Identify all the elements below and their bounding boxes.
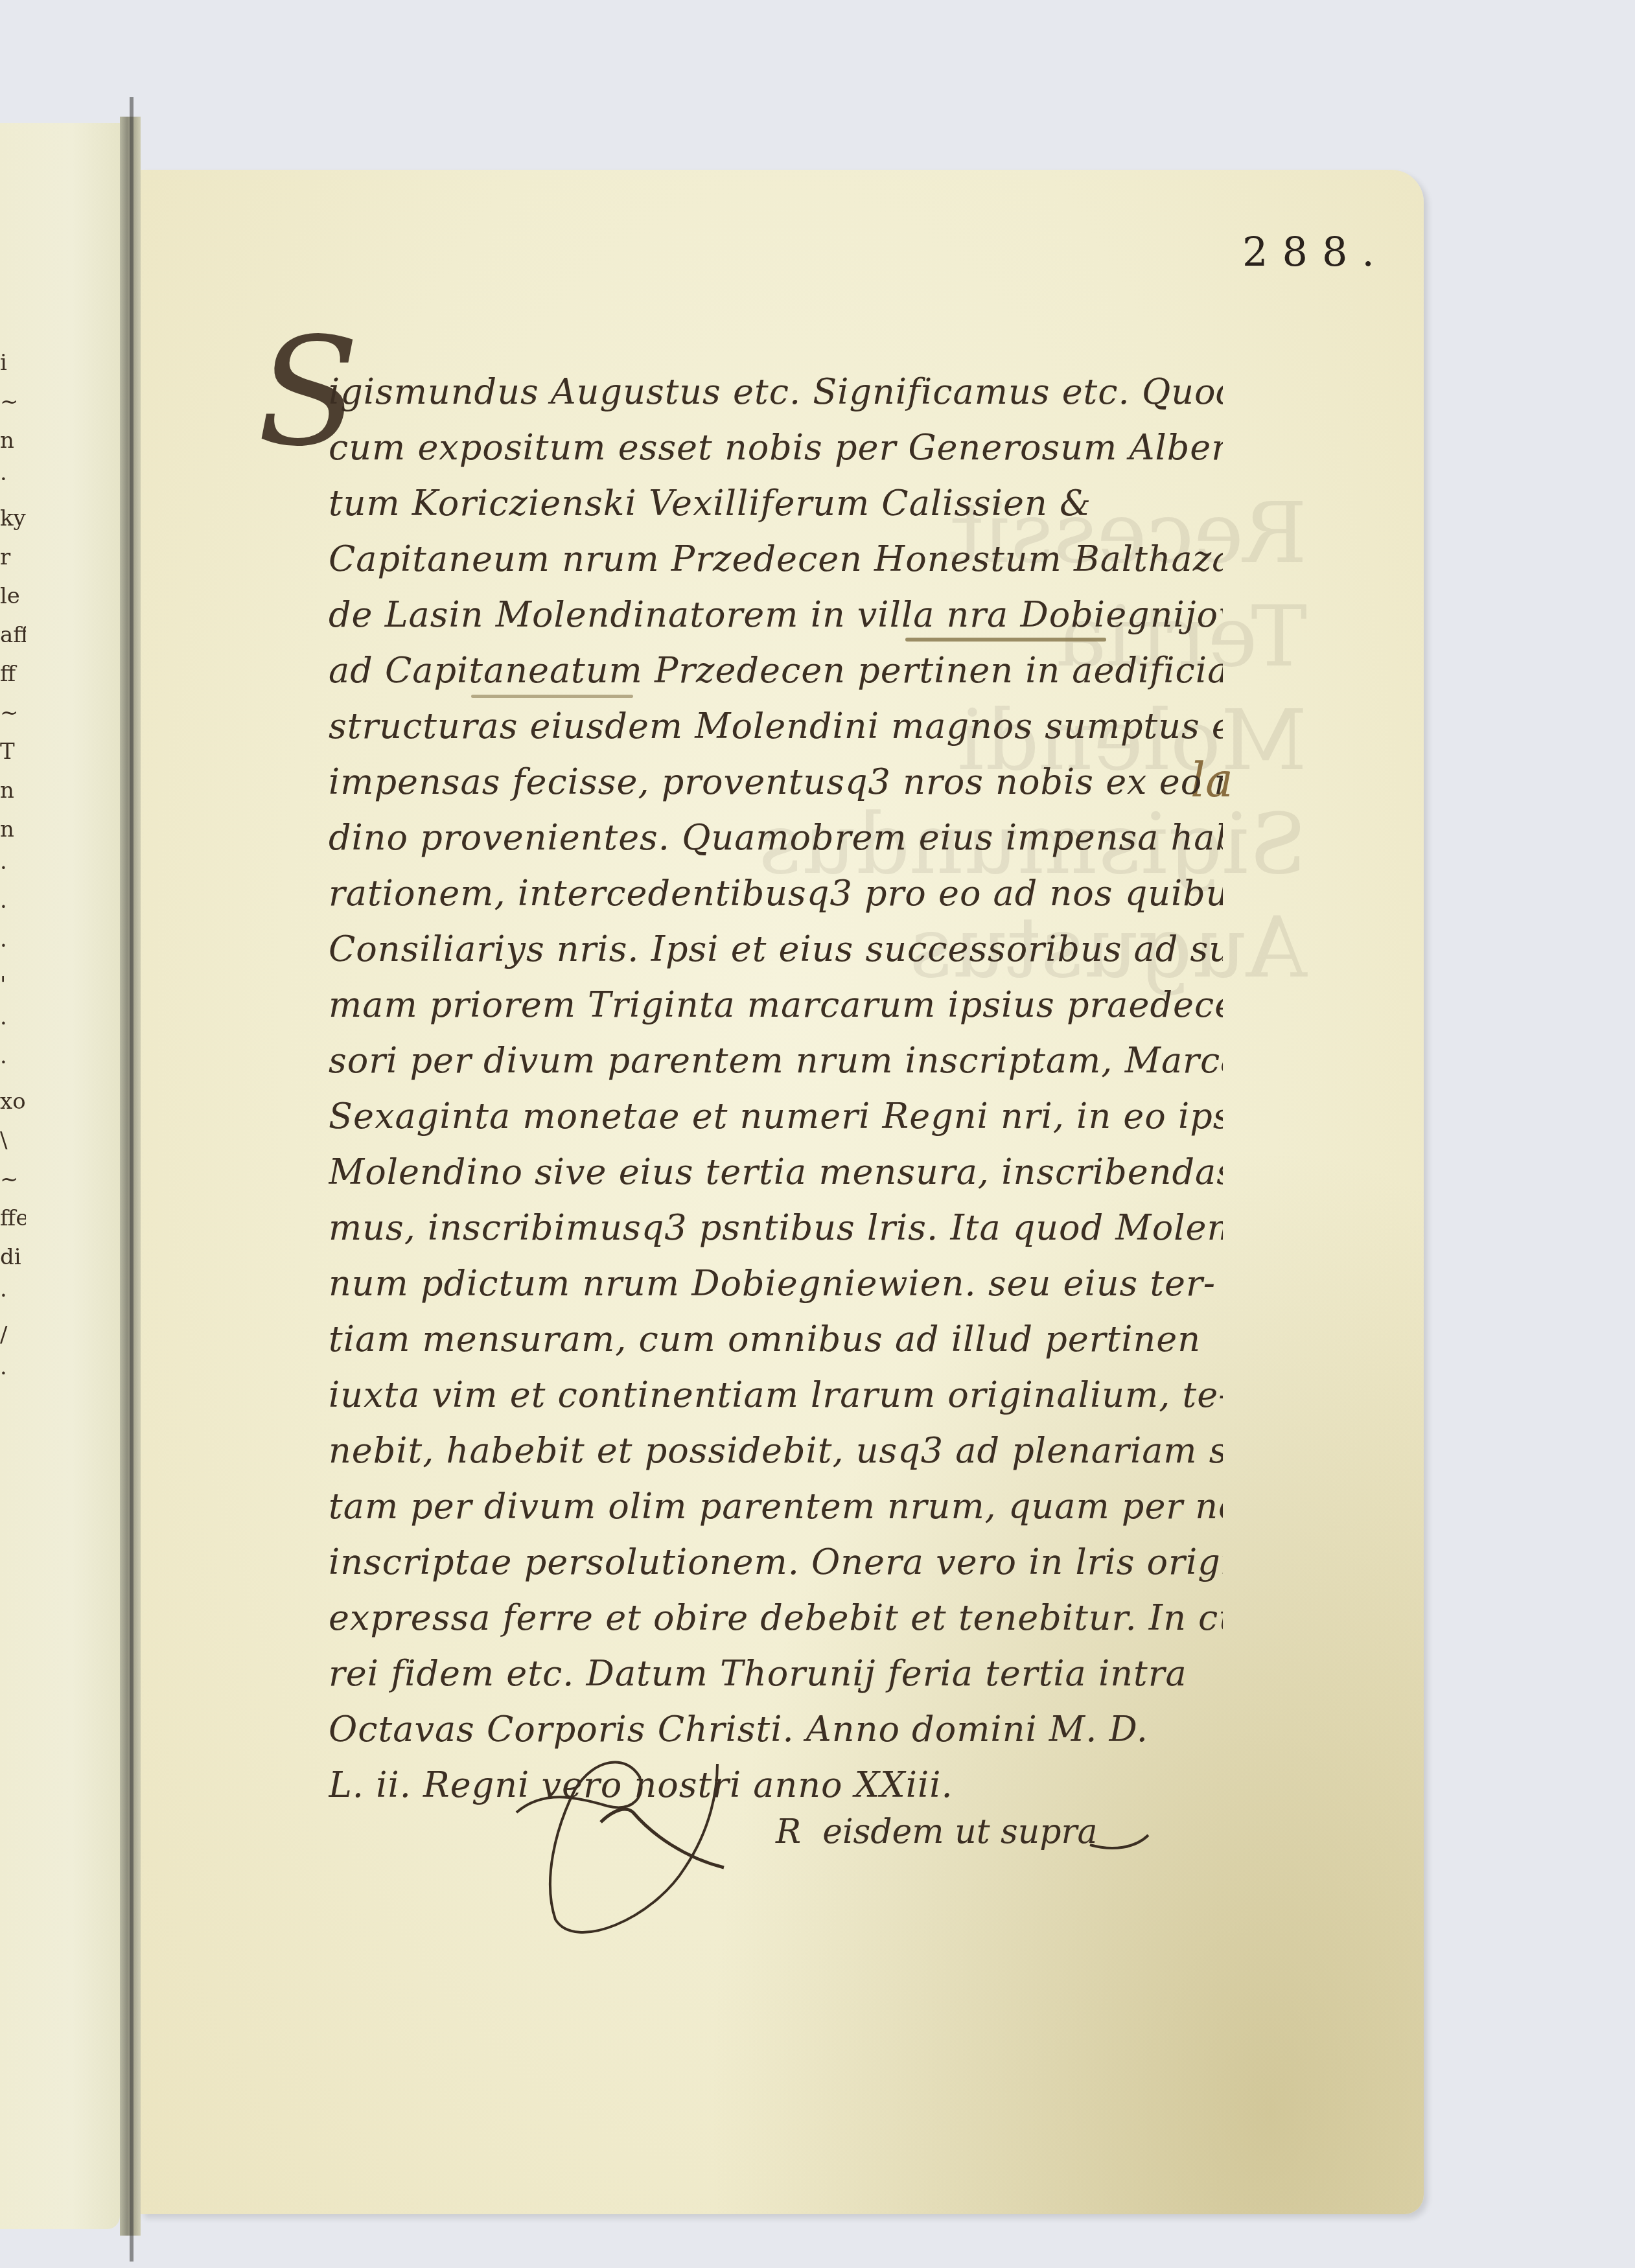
fragment: ffe	[0, 1199, 26, 1238]
closing-note: R eisdem ut supra	[776, 1812, 1097, 1851]
fragment: T	[0, 732, 26, 771]
binding-spine-line	[130, 97, 133, 2262]
registrar-signature: R eisdem ut supra	[504, 1751, 1152, 1945]
text-line: igismundus Augustus etc. Significamus et…	[329, 364, 1223, 420]
text-line: structuras eiusdem Molendini magnos sump…	[329, 699, 1223, 754]
text-line: tam per divum olim parentem nrum, quam p…	[329, 1479, 1223, 1534]
signature-mark: R	[776, 1812, 801, 1851]
text-line: Consiliariys nris. Ipsi et eius successo…	[329, 921, 1223, 977]
fragment: aff	[0, 616, 26, 654]
fragment: ky	[0, 499, 26, 538]
fragment: n	[0, 421, 26, 460]
text-line: cum expositum esset nobis per Generosum …	[329, 420, 1223, 476]
fragment: ·	[0, 888, 26, 927]
text-line: nebit, habebit et possidebit, usq3 ad pl…	[329, 1423, 1223, 1479]
left-facing-page: i ~ n · ky r le aff ff ~ T n n · · · ' ·…	[0, 123, 120, 2229]
fragment: ~	[0, 693, 26, 732]
manuscript-text: igismundus Augustus etc. Significamus et…	[329, 364, 1223, 1813]
text-line: mus, inscribimusq3 psntibus lris. Ita qu…	[329, 1200, 1223, 1256]
fragment: '	[0, 966, 26, 1004]
fragment: ~	[0, 382, 26, 421]
text-line: Sexaginta monetae et numeri Regni nri, i…	[329, 1089, 1223, 1144]
folio-number: 288.	[1242, 228, 1389, 275]
fragment: /	[0, 1315, 26, 1354]
text-line: sori per divum parentem nrum inscriptam,…	[329, 1033, 1223, 1089]
text-line: dino provenientes. Quamobrem eius impens…	[329, 810, 1223, 866]
fragment: ·	[0, 1277, 26, 1315]
text-line: impensas fecisse, proventusq3 nros nobis…	[329, 754, 1223, 810]
fragment: ·	[0, 1043, 26, 1082]
fragment: ·	[0, 460, 26, 499]
fragment: ·	[0, 1354, 26, 1393]
left-page-text-fragments: i ~ n · ky r le aff ff ~ T n n · · · ' ·…	[0, 343, 26, 1393]
fragment: le	[0, 577, 26, 616]
manuscript-folio: RecessitTertia MolendiSigismundusAugustu…	[141, 170, 1424, 2214]
fragment: \	[0, 1121, 26, 1160]
text-line: ad Capitaneatum Przedecen pertinen in ae…	[329, 643, 1223, 699]
fragment: ·	[0, 1004, 26, 1043]
fragment: ·	[0, 849, 26, 888]
text-line: num pdictum nrum Dobiegniewien. seu eius…	[329, 1256, 1223, 1312]
fragment: ~	[0, 1160, 26, 1199]
fragment: ff	[0, 654, 26, 693]
fragment: ·	[0, 927, 26, 966]
text-line: mam priorem Triginta marcarum ipsius pra…	[329, 977, 1223, 1033]
fragment: di	[0, 1238, 26, 1277]
text-line: Octavas Corporis Christi. Anno domini M.…	[329, 1702, 1223, 1757]
fragment: i	[0, 343, 26, 382]
text-line: Molendino sive eius tertia mensura, insc…	[329, 1144, 1223, 1200]
text-line: rei fidem etc. Datum Thorunij feria tert…	[329, 1646, 1223, 1702]
text-line: rationem, intercedentibusq3 pro eo ad no…	[329, 866, 1223, 921]
fragment: n	[0, 771, 26, 810]
closing-note-text: eisdem ut supra	[822, 1812, 1097, 1851]
text-line: iuxta vim et continentiam lrarum origina…	[329, 1367, 1223, 1423]
text-line: inscriptae persolutionem. Onera vero in …	[329, 1534, 1223, 1590]
text-line: tum Koriczienski Vexilliferum Calissien …	[329, 476, 1223, 531]
text-line: expressa ferre et obire debebit et teneb…	[329, 1590, 1223, 1646]
text-line: Capitaneum nrum Przedecen Honestum Balth…	[329, 531, 1223, 587]
fragment: r	[0, 538, 26, 577]
fragment: xo	[0, 1082, 26, 1121]
text-line: tiam mensuram, cum omnibus ad illud pert…	[329, 1312, 1223, 1367]
fragment: n	[0, 810, 26, 849]
text-line: de Lasin Molendinatorem in villa nra Dob…	[329, 587, 1223, 643]
